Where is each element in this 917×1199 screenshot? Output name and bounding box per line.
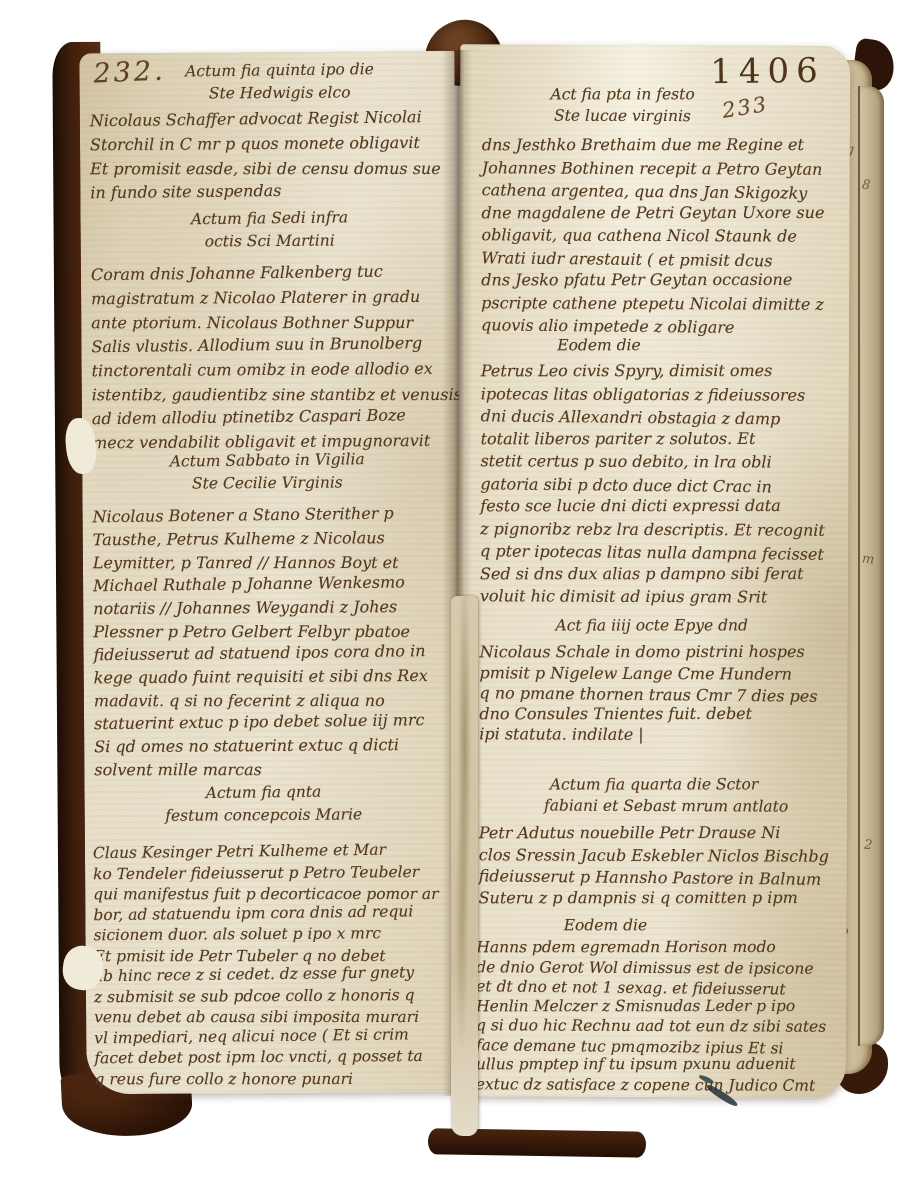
text-line: Storchil in C mr p quos monete obligavit [90, 131, 441, 157]
right-page: 1406 233 Act fia pta in festoSte lucae v… [456, 44, 851, 1098]
text-line: pscripte cathene ptepetu Nicolai dimitte… [481, 292, 824, 316]
text-line: stetit certus p suo debito, in lra obli [480, 450, 825, 474]
text-line: clos Sressin Jacub Eskebler Niclos Bisch… [479, 844, 829, 867]
text-line: Suteru z p dampnis si q comitten p ipm [479, 886, 829, 908]
text-line: Claus Kesinger Petri Kulheme et Mar [93, 839, 439, 864]
text-line: ab hinc rece z si cedet. dz esse fur gne… [94, 962, 440, 987]
text-line: fabiani et Sebast mrum antlato [544, 796, 764, 818]
section-body: Petrus Leo civis Spyry, dimisit omesipot… [480, 360, 826, 609]
text-line: Ste Hedwigis elco [150, 81, 410, 105]
section-body: Nicolaus Schale in domo pistrini hospesp… [479, 642, 817, 746]
text-line: ko Tendeler fideiusserut p Petro Teubele… [93, 861, 438, 884]
section-body: dns Jesthko Brethaim due me Regine etJoh… [481, 134, 825, 338]
section-body: Hanns pdem egremadn Horison modode dnio … [476, 938, 827, 1096]
text-line: q si duo hic Rechnu aad tot eun dz sibi … [476, 1016, 826, 1037]
text-line: ullus pmptep inf tu ipsum pxunu aduenit [476, 1055, 826, 1075]
text-line: facet debet post ipm loc vncti, q posset… [94, 1046, 439, 1069]
text-line: kege quado fuint requisiti et sibi dns R… [94, 664, 428, 689]
text-line: Coram dnis Johanne Falkenberg tuc [91, 259, 461, 288]
edge-scribble: 2 [863, 838, 873, 854]
text-line: Petrus Leo civis Spyry, dimisit omes [481, 360, 826, 383]
text-line: Actum Sabbato in Vigilia [137, 448, 397, 473]
text-line: Eodem die [489, 334, 709, 356]
text-line: magistratum z Nicolao Platerer in gradu [91, 285, 461, 312]
text-line: Johannes Bothinen recepit a Petro Geytan [482, 157, 825, 181]
text-line: Nicolaus Botener a Stano Sterither p [92, 501, 426, 528]
text-line: tinctorentali cum omibz in eode allodio … [92, 357, 462, 384]
text-line: in fundo site suspendas [90, 177, 441, 205]
gutter-repair-strip [451, 596, 478, 1136]
left-page: 232. Actum fia quinta ipo dieSte Hedwigi… [79, 51, 461, 1095]
text-line: dne magdalene de Petri Geytan Uxore sue [482, 201, 825, 224]
text-line: pmisit p Nigelew Lange Cme Hundern [480, 663, 818, 685]
text-line: bor, ad statuendu ipm cora dnis ad requi [93, 901, 439, 926]
text-line: Nicolaus Schale in domo pistrini hospes [480, 642, 818, 663]
text-line: Actum fia qnta [133, 780, 393, 805]
text-line: Si qd omes no statuerint extuc q dicti [94, 733, 428, 758]
section-body: Coram dnis Johanne Falkenberg tucmagistr… [91, 261, 462, 456]
text-line: festum concepcois Marie [134, 803, 394, 827]
text-line: Actum fia quinta ipo die [149, 58, 409, 83]
section-heading: Act fia iiij octe Epye dnd [542, 615, 762, 638]
manuscript-photo: ag 8 alb m p 2 232. Actum fia quinta ipo… [0, 0, 917, 1199]
text-line: ad idem allodiu ptinetibz Caspari Boze [92, 403, 462, 432]
section-body: Nicolaus Botener a Stano Sterither pTaus… [93, 503, 429, 781]
text-line: dns Jesthko Brethaim due me Regine et [482, 134, 825, 157]
text-line: Hanns pdem egremadn Horison modo [476, 938, 826, 958]
text-line: Henlin Melczer z Smisnudas Leder p ipo [476, 996, 826, 1016]
text-line: Tausthe, Petrus Kulheme z Nicolaus [93, 526, 427, 551]
text-line: vl impediari, neq alicui noce ( Et si cr… [94, 1024, 440, 1049]
text-line: q reus fure collo z honore punari [95, 1068, 440, 1089]
text-line: Sed si dns dux alias p dampno sibi ferat [480, 562, 825, 585]
text-line: fideiusserut ad statuend ipos cora dno i… [93, 639, 427, 666]
text-line: solvent mille marcas [94, 758, 428, 781]
text-line: Actum fia quarta die Sctor [544, 774, 764, 795]
section-heading: Actum fia quarta die Sctorfabiani et Seb… [544, 775, 764, 818]
text-line: Ste lucae virginis [510, 105, 735, 127]
text-line: ipotecas litas obligatorias z fideiussor… [481, 383, 826, 407]
section-body: Claus Kesinger Petri Kulheme et Marko Te… [93, 841, 440, 1089]
text-line: sicionem duor. als soluet p ipo x mrc [93, 923, 438, 946]
text-line: Act fia iiij octe Epye dnd [542, 614, 762, 636]
section-heading: Actum Sabbato in VigiliaSte Cecilie Virg… [137, 449, 397, 495]
text-line: totalit liberos pariter z solutos. Et [481, 427, 826, 450]
text-line: z submisit se sub pdcoe collo z honoris … [94, 984, 439, 1007]
text-line: octis Sci Martini [140, 229, 400, 253]
text-line: Michael Ruthale p Johanne Wenkesmo [93, 570, 427, 597]
text-line: festo sce lucie dni dicti expressi data [480, 495, 825, 518]
text-line: Ste Cecilie Virginis [137, 471, 397, 495]
section-heading: Act fia pta in festoSte lucae virginis [510, 84, 735, 127]
text-line: dns Jesko pfatu Petr Geytan occasione [481, 269, 824, 292]
text-line: Petr Adutus nouebille Petr Drause Ni [479, 822, 829, 844]
edge-scribble: m [861, 551, 875, 567]
text-line: voluit hic dimisit ad ipius gram Srit [480, 585, 825, 609]
section-heading: Eodem die [495, 914, 715, 937]
text-line: Nicolaus Schaffer advocat Regist Nicolai [90, 105, 441, 133]
section-heading: Eodem die [489, 334, 709, 357]
edge-scribble: 8 [861, 178, 871, 194]
text-line: Actum fia Sedi infra [139, 206, 399, 231]
section-heading: Actum fia qntafestum concepcois Marie [133, 781, 393, 827]
text-line: de dnio Gerot Wol dimissus est de ipsico… [476, 958, 826, 979]
text-line: Eodem die [495, 914, 715, 936]
text-line: z pignoribz rebz lra descriptis. Et reco… [480, 518, 825, 542]
text-line: notariis // Johannes Weygandi z Johes [93, 595, 427, 620]
text-line: statuerint extuc p ipo debet solue iij m… [94, 708, 428, 735]
text-line: extuc dz satisface z copene cun Judico C… [476, 1075, 826, 1096]
section-heading: Actum fia quinta ipo dieSte Hedwigis elc… [149, 59, 409, 105]
text-line: obligavit, qua cathena Nicol Staunk de [481, 224, 824, 248]
section-body: Nicolaus Schaffer advocat Regist Nicolai… [90, 107, 441, 205]
text-line: dno Consules Tnientes fuit. debet [479, 703, 817, 724]
text-line: Salis vlustis. Allodium suu in Brunolber… [91, 331, 461, 360]
section-heading: Actum fia Sedi infraoctis Sci Martini [139, 207, 399, 253]
text-line: Act fia pta in festo [510, 84, 735, 105]
text-line: ipi statuta. indilate | [479, 724, 817, 746]
section-body: Petr Adutus nouebille Petr Drause Niclos… [479, 822, 830, 910]
